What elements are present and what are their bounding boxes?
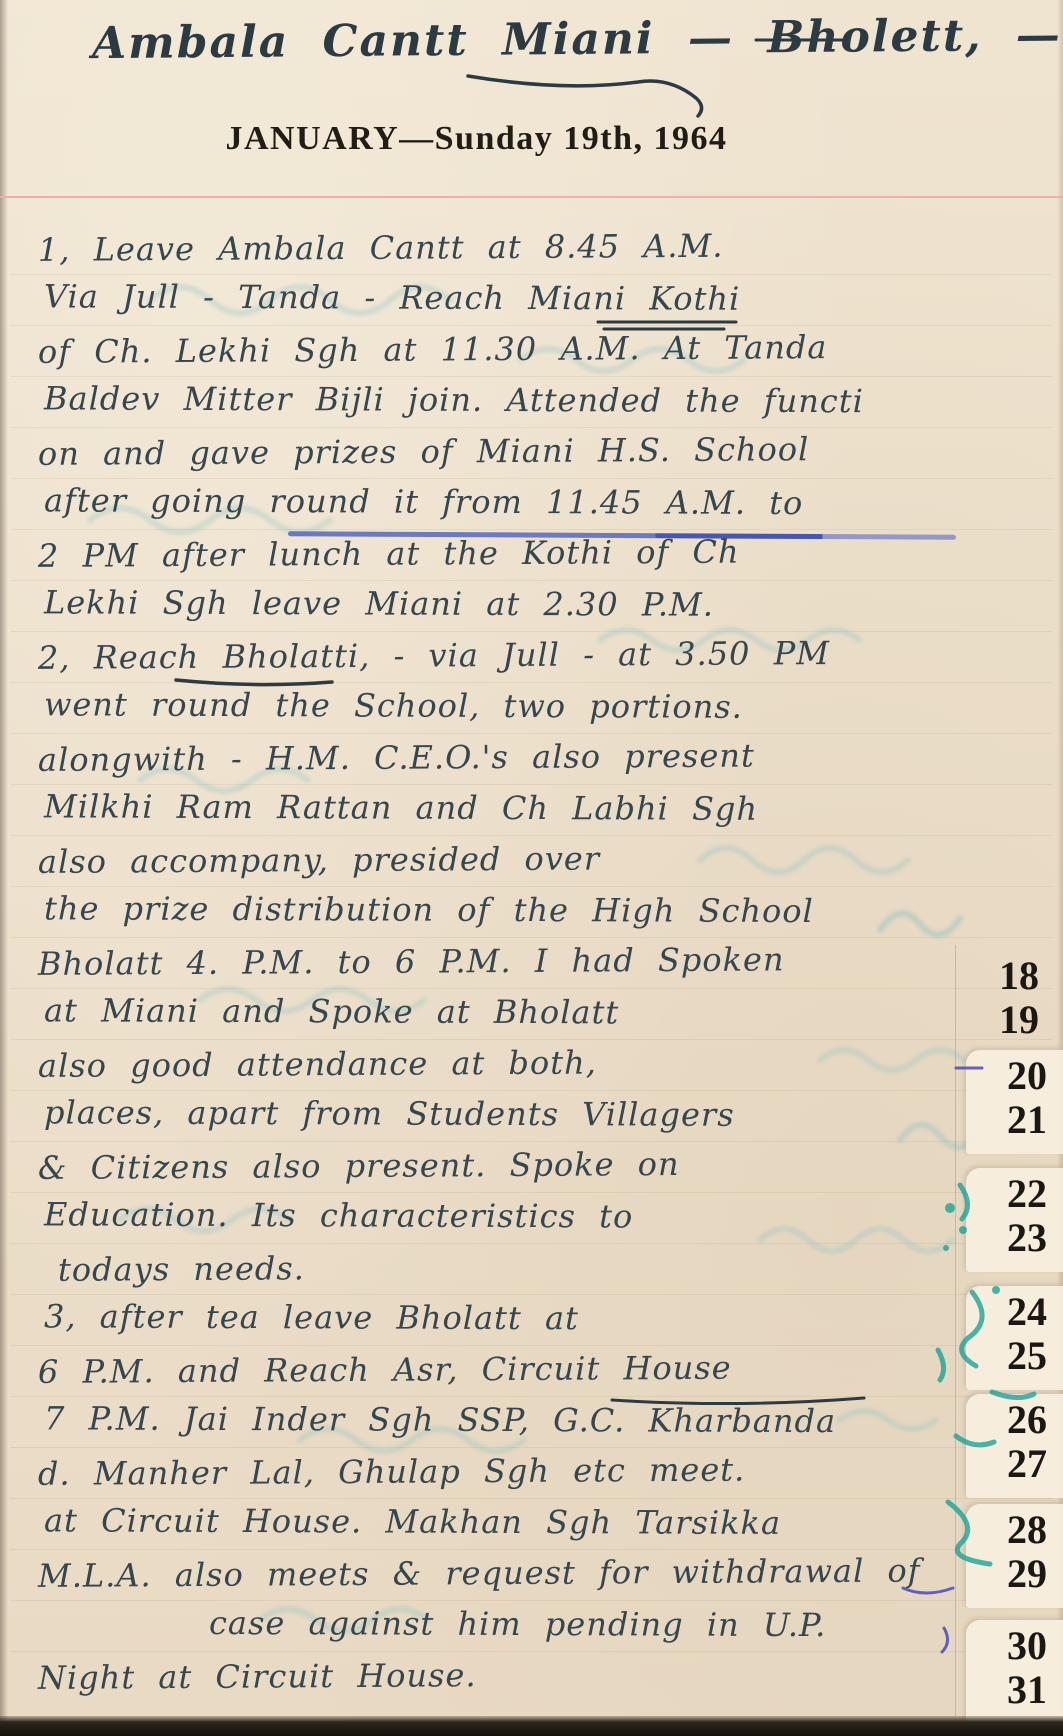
diary-line: 2 PM after lunch at the Kothi of Ch <box>38 527 988 584</box>
date-tab-20-21: 20 21 <box>966 1050 1063 1154</box>
diary-line: M.L.A. also meets & request for withdraw… <box>38 1547 988 1604</box>
date-tab-30-31: 30 31 <box>966 1620 1063 1724</box>
diary-line: 1, Leave Ambala Cantt at 8.45 A.M. <box>38 221 988 278</box>
diary-line: the prize distribution of the High Schoo… <box>44 885 994 939</box>
diary-line: todays needs. <box>38 1241 988 1298</box>
diary-line: Education. Its characteristics to <box>44 1191 994 1245</box>
diary-line: of Ch. Lekhi Sgh at 11.30 A.M. At Tanda <box>38 323 988 380</box>
printed-date-header: JANUARY—Sunday 19th, 1964 <box>0 120 1063 158</box>
diary-line: Milkhi Ram Rattan and Ch Labhi Sgh <box>44 783 994 837</box>
tab-number: 23 <box>966 1216 1063 1260</box>
diary-line: at Circuit House. Makhan Sgh Tarsikka <box>44 1497 994 1551</box>
date-tab-18-19: 18 19 <box>966 950 1063 1042</box>
diary-line: on and gave prizes of Miani H.S. School <box>38 425 988 482</box>
diary-line: Lekhi Sgh leave Miani at 2.30 P.M. <box>44 579 994 633</box>
tab-number: 30 <box>966 1624 1063 1668</box>
tab-number: 21 <box>966 1098 1063 1142</box>
diary-line: also accompany, presided over <box>38 833 988 890</box>
diary-line: 3, after tea leave Bholatt at <box>44 1293 994 1347</box>
tab-number: 24 <box>966 1290 1063 1334</box>
diary-line: 6 P.M. and Reach Asr, Circuit House <box>38 1343 988 1400</box>
diary-line: & Citizens also present. Spoke on <box>38 1139 988 1196</box>
date-tab-22-23: 22 23 <box>966 1168 1063 1272</box>
scan-bottom-edge <box>0 1716 1063 1736</box>
header-rule <box>0 196 1063 198</box>
diary-line: places, apart from Students Villagers <box>44 1089 994 1143</box>
tab-number: 22 <box>966 1172 1063 1216</box>
diary-line: Night at Circuit House. <box>38 1649 988 1706</box>
diary-page: Ambala Cantt Miani — Bholett, — Asr. JAN… <box>0 0 1063 1736</box>
diary-line: Baldev Mitter Bijli join. Attended the f… <box>44 375 994 429</box>
tab-number: 25 <box>966 1334 1063 1378</box>
tab-number: 19 <box>966 998 1063 1042</box>
diary-line: 2, Reach Bholatti, - via Jull - at 3.50 … <box>38 629 988 686</box>
tab-number: 28 <box>966 1508 1063 1552</box>
tab-number: 26 <box>966 1398 1063 1442</box>
scan-left-edge <box>0 0 8 1736</box>
tab-number: 27 <box>966 1442 1063 1486</box>
diary-line: went round the School, two portions. <box>44 681 994 735</box>
diary-line: alongwith - H.M. C.E.O.'s also present <box>38 731 988 788</box>
date-tab-24-25: 24 25 <box>966 1286 1063 1390</box>
tab-number: 29 <box>966 1552 1063 1596</box>
diary-line: Bholatt 4. P.M. to 6 P.M. I had Spoken <box>38 935 988 992</box>
diary-line: after going round it from 11.45 A.M. to <box>44 477 994 531</box>
date-tab-28-29: 28 29 <box>966 1504 1063 1608</box>
tab-number: 18 <box>966 954 1063 998</box>
diary-line: Via Jull - Tanda - Reach Miani Kothi <box>44 273 994 327</box>
diary-line: 7 P.M. Jai Inder Sgh SSP, G.C. Kharbanda <box>44 1395 994 1449</box>
diary-line: case against him pending in U.P. <box>44 1599 994 1653</box>
diary-line: also good attendance at both, <box>38 1037 988 1094</box>
diary-line: d. Manher Lal, Ghulap Sgh etc meet. <box>38 1445 988 1502</box>
diary-entry-body: 1, Leave Ambala Cantt at 8.45 A.M. Via J… <box>38 224 988 1703</box>
tab-number: 31 <box>966 1668 1063 1712</box>
diary-line: at Miani and Spoke at Bholatt <box>44 987 994 1041</box>
tab-number: 20 <box>966 1054 1063 1098</box>
journey-route-heading: Ambala Cantt Miani — Bholett, — Asr. <box>92 10 1042 69</box>
date-tab-26-27: 26 27 <box>966 1394 1063 1498</box>
